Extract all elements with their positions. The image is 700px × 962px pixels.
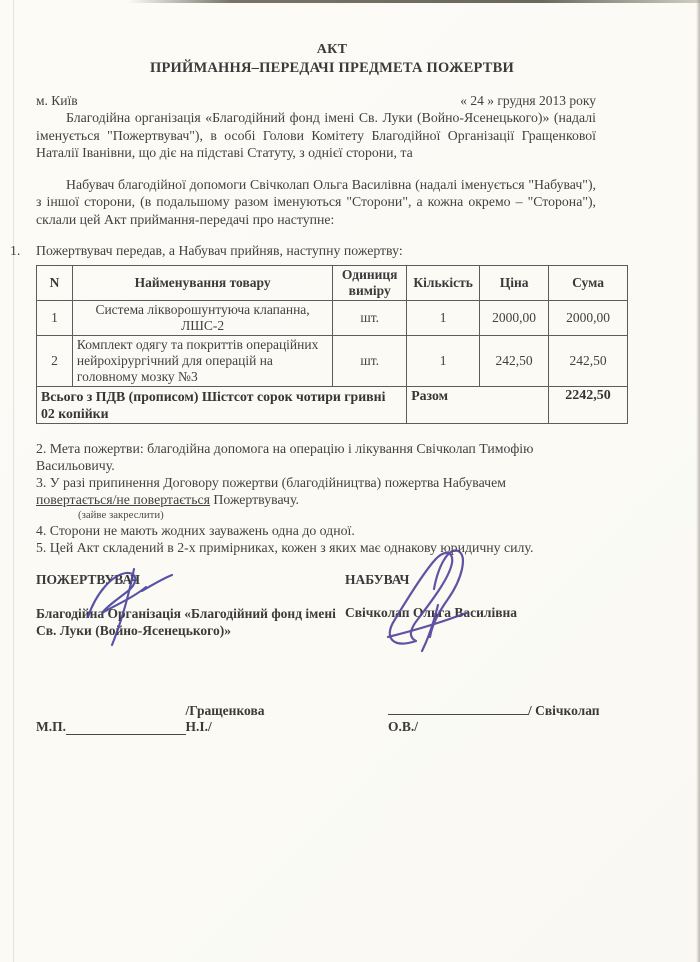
scan-edge-shadow-top (128, 0, 700, 3)
cell-name: Комплект одягу та покриттів операційних … (72, 335, 332, 386)
total-value-cell: 2242,50 (549, 386, 628, 423)
donor-heading: ПОЖЕРТВУВАЧ (36, 572, 345, 588)
signature-line-left (66, 722, 186, 735)
cell-price: 242,50 (480, 335, 549, 386)
recipient-person-name: Свічколап Ольга Василівна (345, 605, 615, 640)
clause-4: 4. Сторони не мають жодних зауважень одн… (36, 522, 601, 539)
table-row: 2 Комплект одягу та покриттів операційни… (37, 335, 628, 386)
date-label: « 24 » грудня 2013 року (460, 93, 596, 109)
intro-paragraph-1: Благодійна організація «Благодійний фонд… (36, 109, 596, 162)
signature-parties: Благодійна Організація «Благодійний фонд… (36, 605, 628, 640)
cell-sum: 2000,00 (549, 300, 628, 335)
document-title: АКТ (36, 42, 628, 58)
donor-signatory-name: /Гращенкова Н.І./ (186, 703, 292, 735)
col-header-unit: Одиниця виміру (333, 265, 407, 300)
city-date-row: м. Київ « 24 » грудня 2013 року (36, 93, 596, 109)
cell-name: Система лікворошунтуюча клапанна, ЛШС-2 (72, 300, 332, 335)
clause-3-line2: повертається/не повертається Пожертвувач… (36, 491, 601, 508)
intro-paragraph-2: Набувач благодійної допомоги Свічколап О… (36, 176, 596, 229)
cell-n: 2 (37, 335, 73, 386)
list-item-1-number: 1. (10, 242, 20, 260)
clause-5: 5. Цей Акт складений в 2-х примірниках, … (36, 539, 601, 556)
col-header-sum: Сума (549, 265, 628, 300)
scanned-document-page: АКТ ПРИЙМАННЯ–ПЕРЕДАЧІ ПРЕДМЕТА ПОЖЕРТВИ… (0, 0, 700, 962)
cell-qty: 1 (407, 335, 480, 386)
recipient-signature-group: / Свічколап О.В./ (388, 702, 628, 735)
donor-org-line1: Благодійна Організація «Благодійний фонд… (36, 605, 336, 623)
scan-edge-shadow-right (696, 0, 700, 962)
cell-unit: шт. (333, 335, 407, 386)
total-word-cell: Разом (407, 386, 549, 423)
scan-edge-line-left (13, 0, 14, 962)
clause-2: 2. Мета пожертви: благодійна допомога на… (36, 440, 601, 474)
document-subtitle: ПРИЙМАННЯ–ПЕРЕДАЧІ ПРЕДМЕТА ПОЖЕРТВИ (36, 60, 628, 77)
table-total-row: Всього з ПДВ (прописом) Шістсот сорок чо… (37, 386, 628, 423)
total-label: Всього з ПДВ (прописом) Шістсот сорок чо… (37, 386, 407, 423)
table-header-row: N Найменування товару Одиниця виміру Кіл… (37, 265, 628, 300)
col-header-price: Ціна (480, 265, 549, 300)
mp-label: М.П. (36, 719, 66, 735)
document-content: АКТ ПРИЙМАННЯ–ПЕРЕДАЧІ ПРЕДМЕТА ПОЖЕРТВИ… (36, 42, 628, 735)
donor-org-line2: Св. Луки (Войно-Ясенецького)» (36, 622, 336, 640)
clause-3-tail: Пожертвувачу. (210, 492, 299, 507)
cell-qty: 1 (407, 300, 480, 335)
cell-unit: шт. (333, 300, 407, 335)
city-label: м. Київ (36, 93, 78, 109)
table-row: 1 Система лікворошунтуюча клапанна, ЛШС-… (37, 300, 628, 335)
recipient-heading: НАБУВАЧ (345, 572, 409, 588)
donation-table: N Найменування товару Одиниця виміру Кіл… (36, 265, 628, 424)
donor-organization: Благодійна Організація «Благодійний фонд… (36, 605, 336, 640)
clause-3-line1: 3. У разі припинення Договору пожертви (… (36, 474, 601, 491)
cell-sum: 242,50 (549, 335, 628, 386)
signature-line-right (388, 702, 528, 715)
list-item-1: 1. Пожертвувач передав, а Набувач прийня… (36, 242, 596, 260)
strike-out-note: (зайве закреслити) (78, 509, 601, 522)
signature-line-row: М.П./Гращенкова Н.І./ / Свічколап О.В./ (36, 702, 628, 735)
col-header-name: Найменування товару (72, 265, 332, 300)
list-item-1-text: Пожертвувач передав, а Набувач прийняв, … (36, 243, 403, 258)
cell-n: 1 (37, 300, 73, 335)
clause-3-underlined-choice: повертається/не повертається (36, 492, 210, 507)
signature-headings: ПОЖЕРТВУВАЧ НАБУВАЧ (36, 572, 628, 588)
cell-price: 2000,00 (480, 300, 549, 335)
clauses-section: 2. Мета пожертви: благодійна допомога на… (36, 440, 601, 556)
col-header-qty: Кількість (407, 265, 480, 300)
col-header-n: N (37, 265, 73, 300)
